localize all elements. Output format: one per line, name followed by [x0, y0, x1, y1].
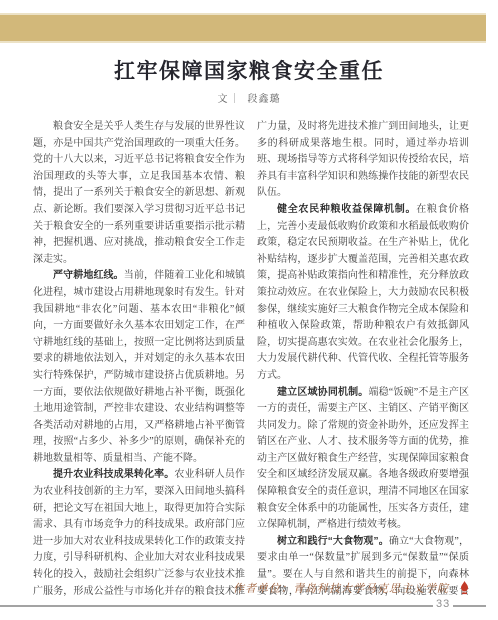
paragraph-heading: 树立和践行“大食物观”。 [277, 536, 389, 547]
author-unit-text: 作者单位：青岛科技大学马克思主义学院 [233, 580, 449, 596]
page-number: 33 [433, 598, 453, 610]
article-paragraph: 健全农民种粮收益保障机制。在粮食价格上，完善小麦最低收购价政策和水稻最低收购价政… [257, 202, 469, 385]
article-paragraph: 建立区域协同机制。端稳“饭碗”不是主产区一方的责任，需要主产区、主销区、产销平衡… [257, 385, 469, 534]
byline-separator: ｜ [228, 94, 242, 105]
paragraph-heading: 提升农业科技成果转化率。 [53, 469, 174, 480]
paragraph-text: 端稳“饭碗”不是主产区一方的责任，需要主产区、主销区、产销平衡区共同发力。除了常… [257, 387, 469, 531]
magazine-page: 扛牢保障国家粮食安全重任 文｜段鑫璐 粮食安全是关乎人类生存与发展的世界性议题，… [0, 0, 498, 620]
byline-prefix: 文 [218, 94, 228, 105]
byline: 文｜段鑫璐 [0, 90, 498, 105]
header-gold-bar [0, 13, 486, 43]
paragraph-text: 粮食安全是关乎人类生存与发展的世界性议题，亦是中国共产党治国理政的一项重大任务。… [33, 121, 245, 265]
paragraph-heading: 严守耕地红线。 [53, 270, 124, 281]
paragraph-heading: 建立区域协同机制。 [277, 387, 368, 398]
article-body: 粮食安全是关乎人类生存与发展的世界性议题，亦是中国共产党治国理政的一项重大任务。… [33, 119, 469, 601]
journal-logo-icon [459, 581, 470, 595]
author-unit-line: 作者单位：青岛科技大学马克思主义学院 [233, 580, 470, 596]
article-paragraph: 粮食安全是关乎人类生存与发展的世界性议题，亦是中国共产党治国理政的一项重大任务。… [33, 119, 245, 268]
paragraph-heading: 健全农民种粮收益保障机制。 [277, 204, 416, 215]
byline-author: 段鑫璐 [248, 94, 281, 105]
article-paragraph: 严守耕地红线。当前，伴随着工业化和城镇化进程，城市建设占用耕地现象时有发生。针对… [33, 268, 245, 467]
paragraph-text: 当前，伴随着工业化和城镇化进程，城市建设占用耕地现象时有发生。针对我国耕地“非农… [33, 270, 245, 464]
paragraph-text: 在粮食价格上，完善小麦最低收购价政策和水稻最低收购价政策，稳定农民预期收益。在生… [257, 204, 469, 381]
article-title: 扛牢保障国家粮食安全重任 [0, 55, 498, 85]
footer-rule [0, 605, 486, 607]
